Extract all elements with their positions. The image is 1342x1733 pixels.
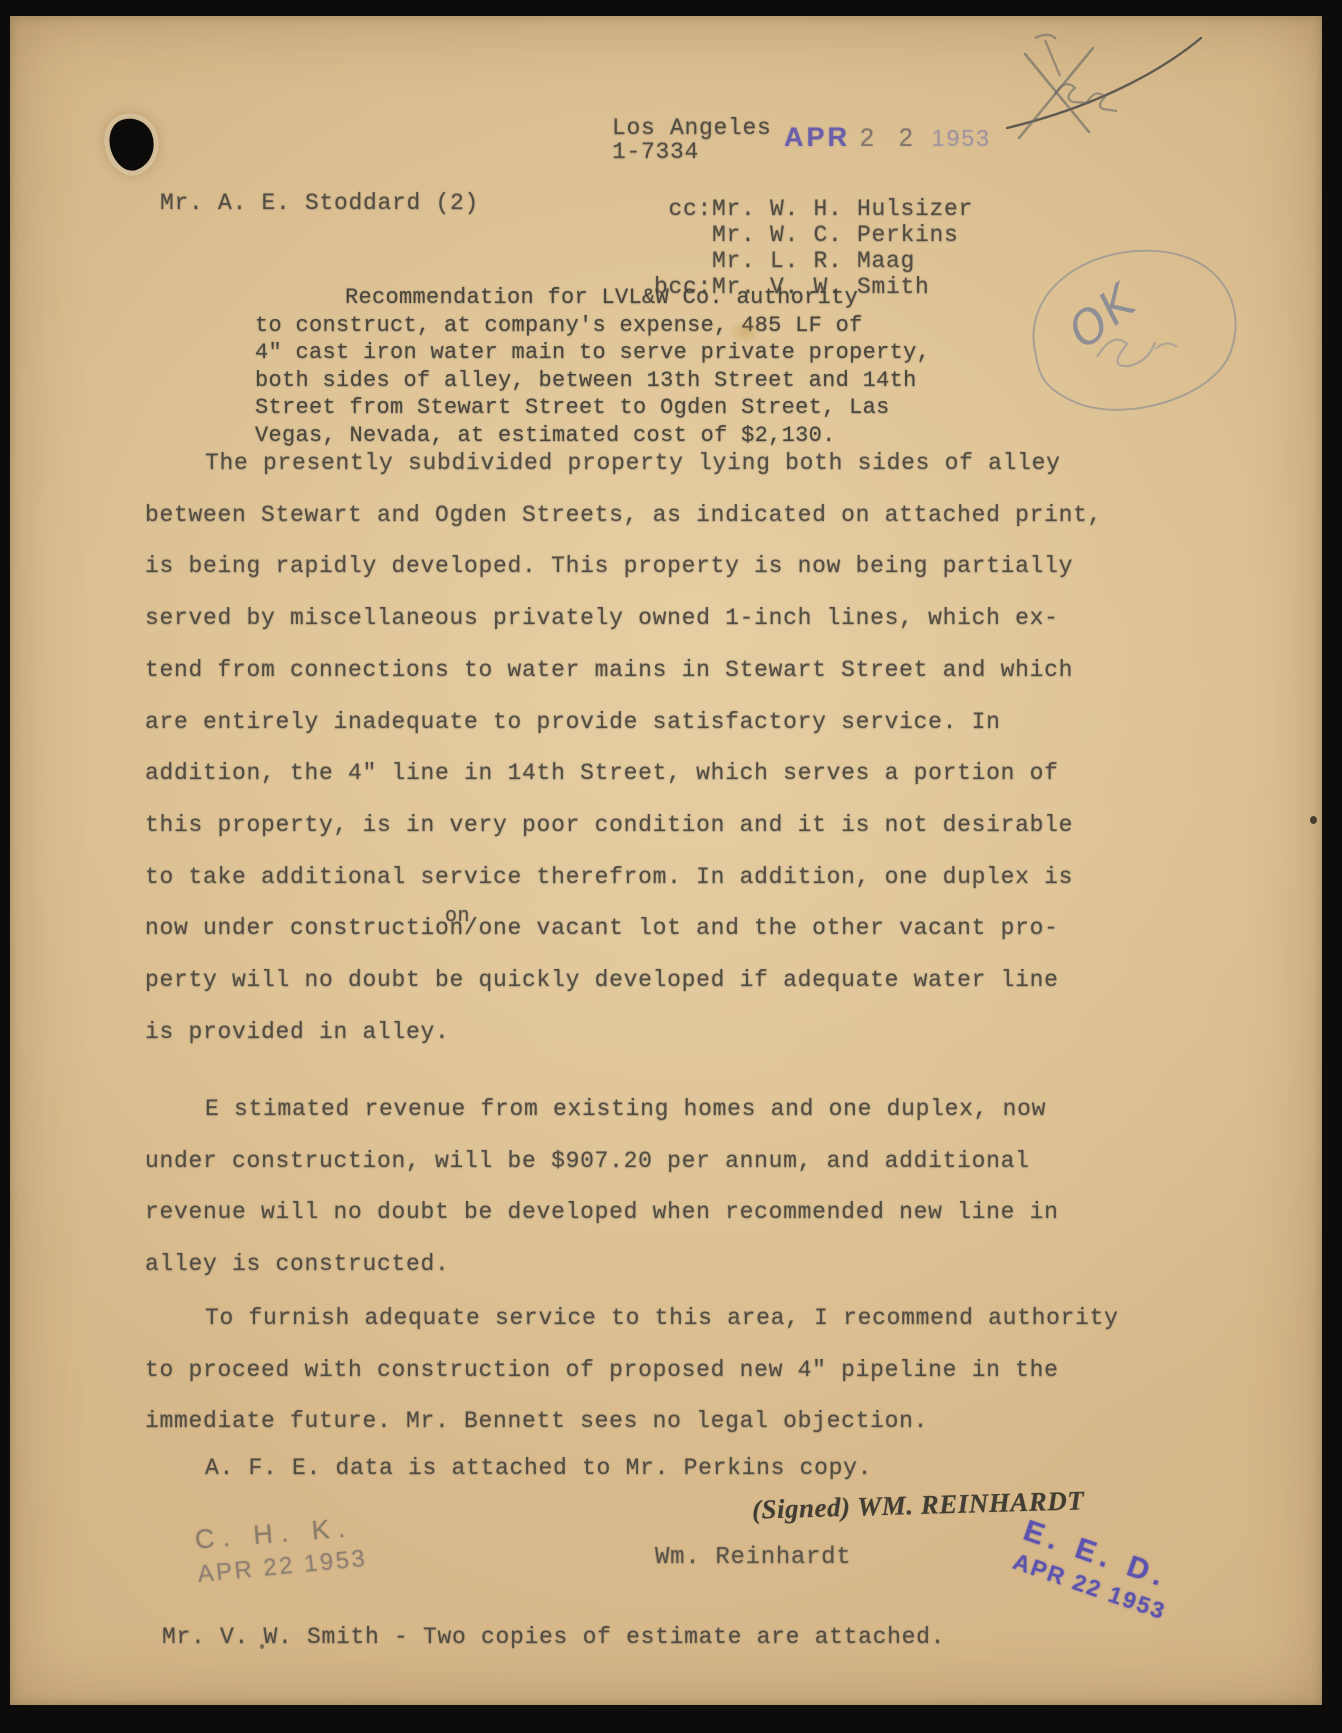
distribution-label: [645, 248, 712, 274]
interline-note: on: [445, 891, 470, 943]
subject-line: both sides of alley, between 13th Street…: [255, 367, 1035, 395]
body-line: served by miscellaneous privately owned …: [145, 593, 1102, 645]
letter-page: Los Angeles 1-7334 APR2 21953 Mr. A. E. …: [10, 16, 1322, 1705]
subject-line: to construct, at company's expense, 485 …: [255, 312, 1035, 340]
paper-speck: [260, 1644, 264, 1649]
body-line: perty will no doubt be quickly developed…: [145, 955, 1102, 1007]
body-line: alley is constructed.: [145, 1239, 1059, 1291]
subject-block: Recommendation for LVL&W Co. authorityto…: [255, 284, 1035, 449]
body-line: The presently subdivided property lying …: [145, 438, 1102, 490]
body-line: is being rapidly developed. This propert…: [145, 541, 1102, 593]
distribution-name: Mr. W. H. Hulsizer: [712, 196, 973, 222]
distribution-name: Mr. W. C. Perkins: [712, 222, 959, 248]
body-line: revenue will no doubt be developed when …: [145, 1187, 1059, 1239]
body-paragraph: E stimated revenue from existing homes a…: [145, 1084, 1059, 1291]
body-line: A. F. E. data is attached to Mr. Perkins…: [145, 1443, 872, 1495]
body-paragraph: The presently subdivided property lying …: [145, 438, 1102, 1058]
subject-line: 4" cast iron water main to serve private…: [255, 339, 1035, 367]
body-line: is provided in alley.: [145, 1007, 1102, 1059]
body-line: To furnish adequate service to this area…: [145, 1293, 1119, 1345]
reference-number: 1-7334: [612, 140, 772, 164]
body-paragraph: A. F. E. data is attached to Mr. Perkins…: [145, 1443, 872, 1495]
body-line: immediate future. Mr. Bennett sees no le…: [145, 1396, 1119, 1448]
body-line: now under construction/one vacant lot an…: [145, 903, 1102, 955]
distribution-row: cc:Mr. W. H. Hulsizer: [645, 196, 973, 222]
subject-line: Street from Stewart Street to Ogden Stre…: [255, 394, 1035, 422]
body-line: to proceed with construction of proposed…: [145, 1345, 1119, 1397]
paper-speck: [1310, 816, 1317, 824]
paper-stain: [728, 320, 762, 344]
paper-hole: [103, 112, 161, 175]
body-line: E stimated revenue from existing homes a…: [145, 1084, 1059, 1136]
distribution-row: Mr. L. R. Maag: [645, 248, 973, 274]
distribution-name: Mr. L. R. Maag: [712, 248, 915, 274]
body-line: to take additional service therefrom. In…: [145, 852, 1102, 904]
body-line: between Stewart and Ogden Streets, as in…: [145, 490, 1102, 542]
scanned-letter-screenshot: { "colors": { "paper": "#d3b485", "ink":…: [0, 0, 1342, 1733]
pencil-scrawl: [995, 26, 1205, 151]
footer-note: Mr. V. W. Smith - Two copies of estimate…: [162, 1624, 945, 1650]
reference-location: Los Angeles: [612, 116, 772, 140]
body-line: this property, is in very poor condition…: [145, 800, 1102, 852]
body-paragraph: To furnish adequate service to this area…: [145, 1293, 1119, 1448]
body-line: tend from connections to water mains in …: [145, 645, 1102, 697]
stamp-month: APR: [784, 122, 850, 152]
chk-date-stamp: C. H. K. APR 22 1953: [194, 1511, 369, 1587]
received-date-stamp: APR2 21953: [784, 122, 991, 153]
eed-date-stamp: E. E. D. APR 22 1953: [1009, 1514, 1181, 1626]
subject-line: Recommendation for LVL&W Co. authority: [255, 284, 1035, 312]
ok-annotation: OK: [1005, 231, 1255, 426]
reference-block: Los Angeles 1-7334: [612, 116, 772, 164]
distribution-label: cc:: [645, 196, 712, 222]
distribution-row: Mr. W. C. Perkins: [645, 222, 973, 248]
addressee: Mr. A. E. Stoddard (2): [160, 190, 479, 216]
body-line: are entirely inadequate to provide satis…: [145, 697, 1102, 749]
stamp-day: 2 2: [860, 124, 922, 152]
distribution-label: [645, 222, 712, 248]
stamp-year: 1953: [932, 125, 991, 151]
body-line: addition, the 4" line in 14th Street, wh…: [145, 748, 1102, 800]
body-line: under construction, will be $907.20 per …: [145, 1136, 1059, 1188]
typed-signature: Wm. Reinhardt: [655, 1544, 851, 1571]
